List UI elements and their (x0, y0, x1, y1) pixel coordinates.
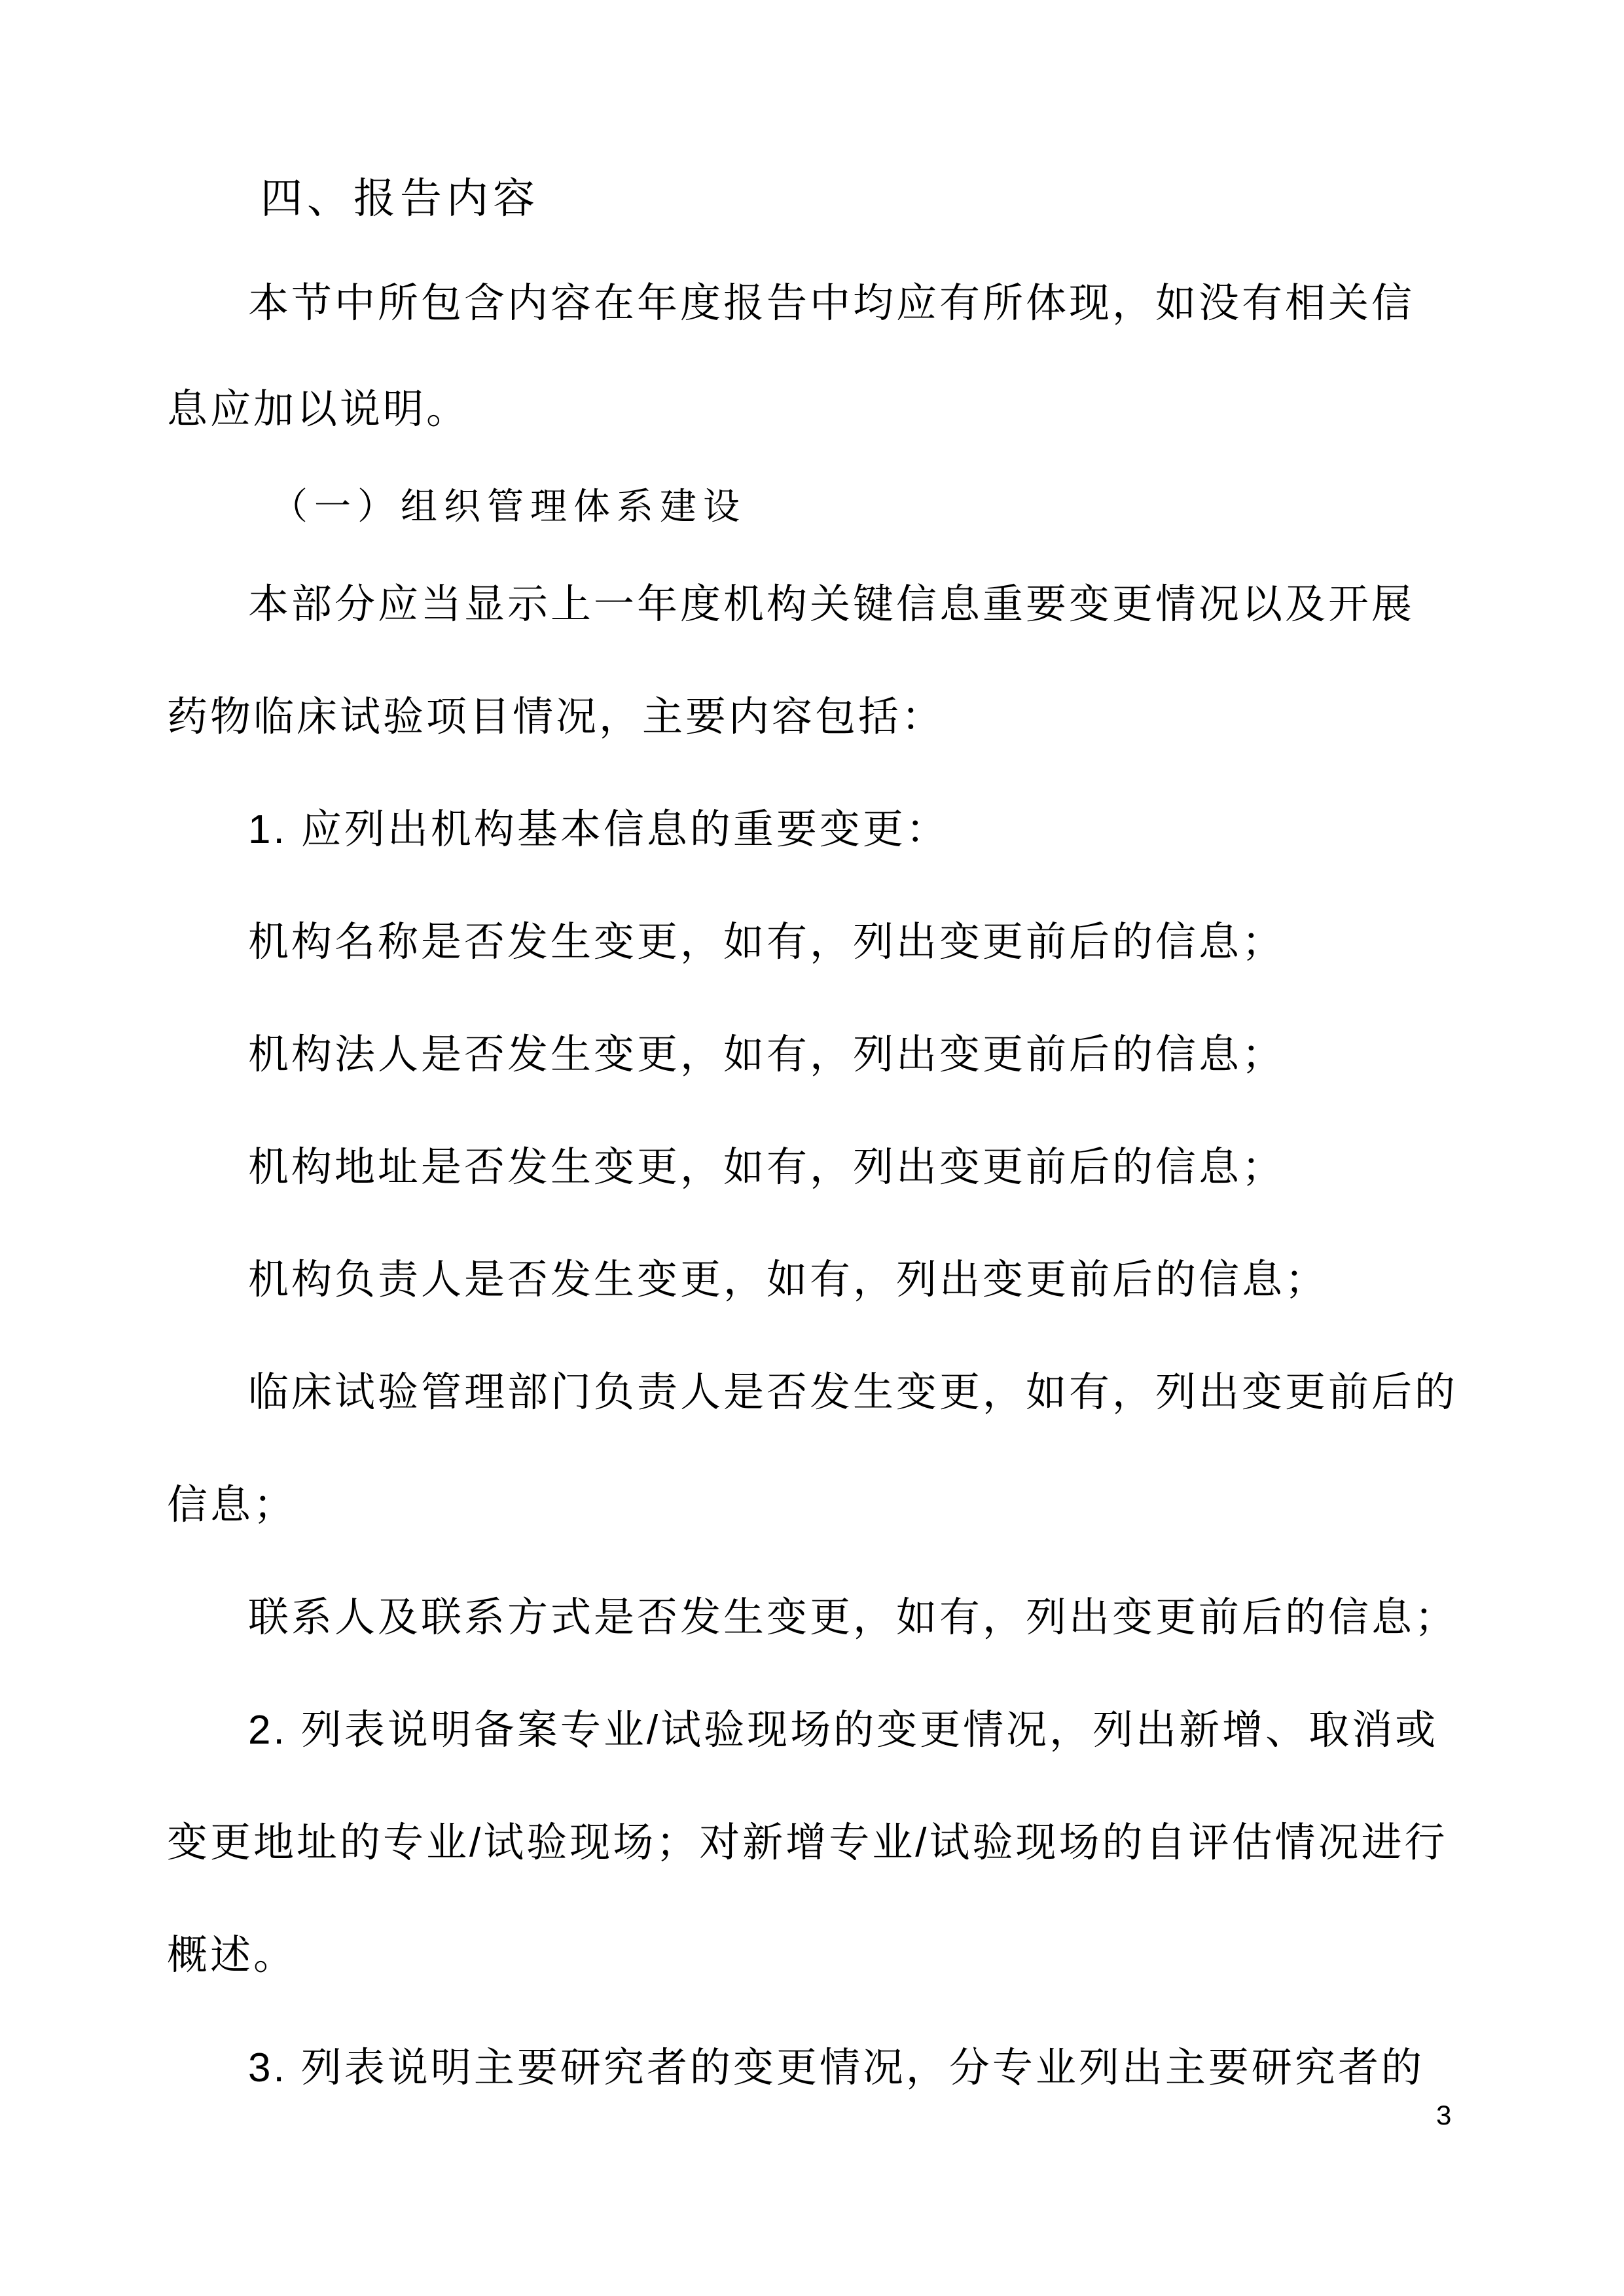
text-line: 临床试验管理部门负责人是否发生变更，如有，列出变更前后的 (248, 1371, 1458, 1415)
section-heading: 四、报告内容 (261, 175, 539, 221)
text-line: 机构法人是否发生变更，如有，列出变更前后的信息； (248, 1033, 1285, 1077)
text-line: 机构名称是否发生变更，如有，列出变更前后的信息； (248, 920, 1285, 965)
page-number: 3 (1436, 2100, 1451, 2131)
text-line: 息应加以说明。 (167, 387, 469, 432)
text-line: 联系人及联系方式是否发生变更，如有，列出变更前后的信息； (248, 1596, 1458, 1640)
text-line: 本部分应当显示上一年度机构关键信息重要变更情况以及开展 (248, 583, 1415, 627)
text-line: 机构负责人是否发生变更，如有，列出变更前后的信息； (248, 1258, 1328, 1302)
text-line: 概述。 (167, 1933, 297, 1978)
text-line: 1. 应列出机构基本信息的重要变更： (248, 808, 949, 852)
subsection-heading: （一）组织管理体系建设 (271, 488, 746, 528)
text-line: 2. 列表说明备案专业/试验现场的变更情况，列出新增、取消或 (248, 1708, 1438, 1753)
text-line: 3. 列表说明主要研究者的变更情况，分专业列出主要研究者的 (248, 2046, 1424, 2090)
text-line: 药物临床试验项目情况，主要内容包括： (167, 695, 945, 740)
text-line: 信息； (167, 1483, 297, 1528)
text-line: 变更地址的专业/试验现场；对新增专业/试验现场的自评估情况进行 (167, 1821, 1447, 1865)
text-line: 本节中所包含内容在年度报告中均应有所体现，如没有相关信 (248, 281, 1415, 326)
text-line: 机构地址是否发生变更，如有，列出变更前后的信息； (248, 1145, 1285, 1190)
document-page: 3 四、报告内容本节中所包含内容在年度报告中均应有所体现，如没有相关信息应加以说… (0, 0, 1624, 2296)
